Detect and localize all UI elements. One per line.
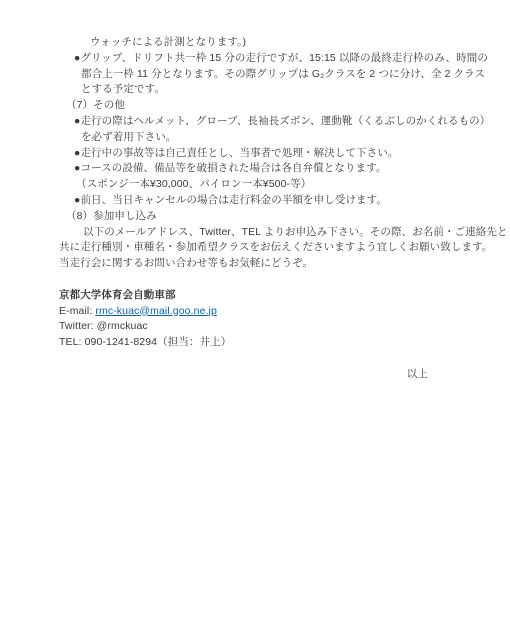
blank-line	[59, 272, 449, 288]
email-link[interactable]: rmc-kuac@mail.goo.ne.jp	[95, 305, 217, 317]
body-line: （スポンジ一本¥30,000、パイロン一本¥500-等）	[59, 177, 449, 193]
bullet-item: ●走行中の事故等は自己責任とし、当事者で処理・解決して下さい。	[59, 146, 449, 162]
twitter-line: Twitter: @rmckuac	[59, 319, 449, 335]
email-line: E-mail: rmc-kuac@mail.goo.ne.jp	[59, 304, 449, 320]
email-label: E-mail:	[59, 305, 95, 317]
bullet-item: ●コースの設備、備品等を破損された場合は各自弁償となります。	[59, 161, 449, 177]
section-heading-7: （7）その他	[59, 98, 449, 114]
org-name: 京都大学体育会自動車部	[59, 288, 449, 304]
bullet-item: ●グリップ、ドリフト共一枠 15 分の走行ですが、15:15 以降の最終走行枠の…	[59, 51, 449, 67]
section-heading-8: （8）参加申し込み	[59, 209, 449, 225]
body-line: を必ず着用下さい。	[59, 130, 449, 146]
document-content: ウォッチによる計測となります。) ●グリップ、ドリフト共一枠 15 分の走行です…	[59, 35, 449, 383]
body-line: 共に走行種別・車種名・参加希望クラスをお伝えくださいますよう宜しくお願い致します…	[59, 240, 449, 256]
tel-line: TEL: 090-1241-8294（担当：井上）	[59, 335, 449, 351]
body-line: 都合上一枠 11 分となります。その際グリップは G₂クラスを 2 つに分け、全…	[59, 67, 449, 83]
bullet-item: ●走行の際はヘルメット、グローブ、長袖長ズボン、運動靴（くるぶしのかくれるもの）	[59, 114, 449, 130]
body-line: とする予定です。	[59, 82, 449, 98]
body-line: ウォッチによる計測となります。)	[59, 35, 449, 51]
closing-word: 以上	[59, 367, 449, 383]
document-page: ウォッチによる計測となります。) ●グリップ、ドリフト共一枠 15 分の走行です…	[0, 0, 510, 640]
body-line: 当走行会に関するお問い合わせ等もお気軽にどうぞ。	[59, 256, 449, 272]
bullet-item: ●前日、当日キャンセルの場合は走行料金の半額を申し受けます。	[59, 193, 449, 209]
body-line: 以下のメールアドレス、Twitter、TEL よりお申込み下さい。その際、お名前…	[59, 225, 449, 241]
